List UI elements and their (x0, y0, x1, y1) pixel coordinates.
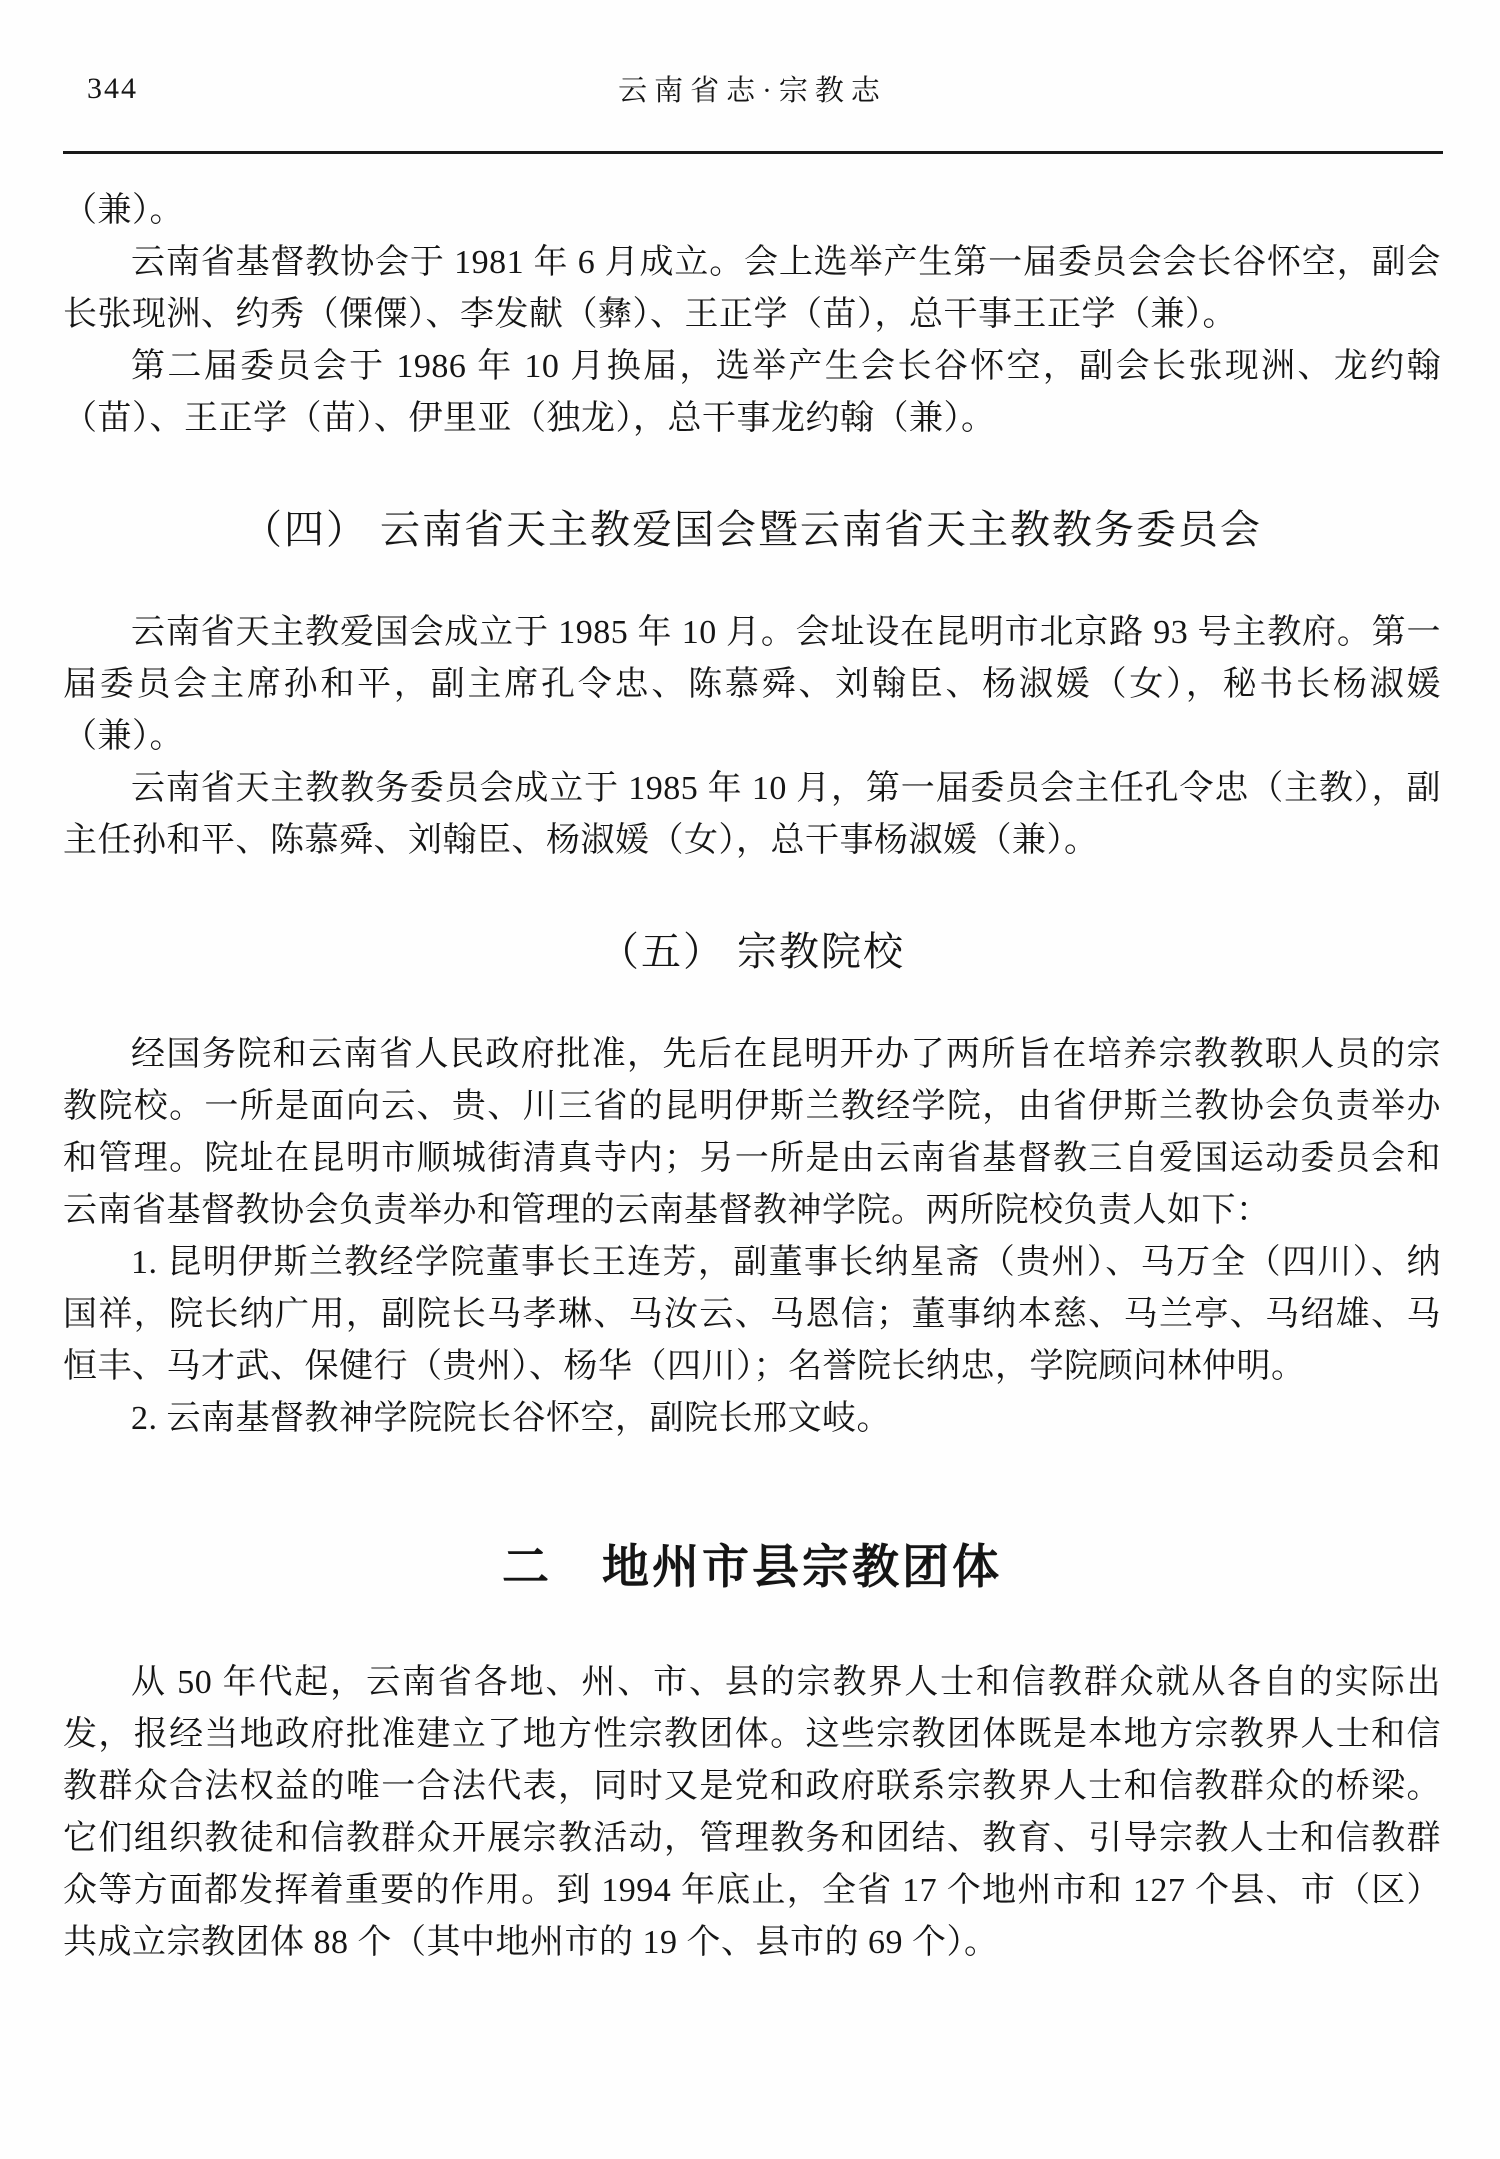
paragraph-catholic-patriotic: 云南省天主教爱国会成立于 1985 年 10 月。会址设在昆明市北京路 93 号… (63, 607, 1441, 763)
paragraph-christian-association: 云南省基督教协会于 1981 年 6 月成立。会上选举产生第一届委员会会长谷怀空… (63, 237, 1441, 341)
scanned-book-page: 344 云南省志·宗教志 （兼）。 云南省基督教协会于 1981 年 6 月成立… (0, 0, 1500, 2159)
page-header: 344 云南省志·宗教志 (63, 68, 1442, 110)
list-item-islamic-college: 1. 昆明伊斯兰教经学院董事长王连芳，副董事长纳星斋（贵州）、马万全（四川）、纳… (63, 1237, 1441, 1393)
running-title: 云南省志·宗教志 (63, 68, 1442, 109)
heading-religious-schools: （五） 宗教院校 (63, 921, 1441, 983)
heading-local-religious-organizations: 二 地州市县宗教团体 (63, 1537, 1441, 1597)
paragraph-second-committee: 第二届委员会于 1986 年 10 月换届，选举产生会长谷怀空，副会长张现洲、龙… (63, 341, 1441, 445)
heading-catholic-committee: （四） 云南省天主教爱国会暨云南省天主教教务委员会 (63, 499, 1441, 561)
paragraph-schools-intro: 经国务院和云南省人民政府批准，先后在昆明开办了两所旨在培养宗教教职人员的宗教院校… (63, 1029, 1441, 1237)
header-rule (63, 151, 1443, 154)
paragraph-catholic-affairs: 云南省天主教教务委员会成立于 1985 年 10 月，第一届委员会主任孔令忠（主… (63, 763, 1441, 867)
list-item-seminary: 2. 云南基督教神学院院长谷怀空，副院长邢文岐。 (63, 1393, 1441, 1445)
page-body: （兼）。 云南省基督教协会于 1981 年 6 月成立。会上选举产生第一届委员会… (63, 185, 1441, 1969)
paragraph-continuation: （兼）。 (63, 185, 1441, 237)
page-number: 344 (87, 72, 138, 106)
paragraph-local-organizations: 从 50 年代起，云南省各地、州、市、县的宗教界人士和信教群众就从各自的实际出发… (63, 1657, 1441, 1969)
